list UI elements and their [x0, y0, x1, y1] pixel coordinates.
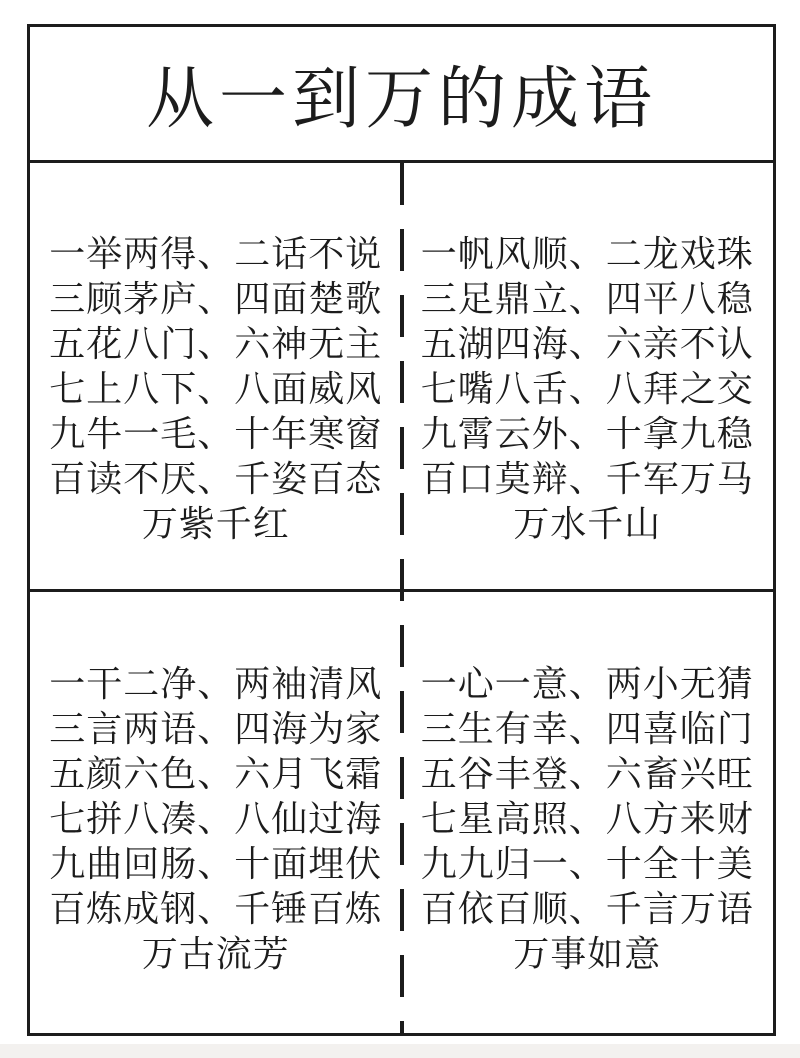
- idiom-line: 百口莫辩、千军万马: [421, 457, 754, 502]
- idiom-line: 一心一意、两小无猜: [421, 662, 754, 707]
- idiom-line: 五湖四海、六亲不认: [421, 322, 754, 367]
- idiom-line: 七星高照、八方来财: [421, 797, 754, 842]
- idiom-line: 三顾茅庐、四面楚歌: [49, 277, 382, 322]
- idiom-line: 一举两得、二话不说: [49, 232, 382, 277]
- title-section: 从一到万的成语: [30, 27, 773, 163]
- idiom-line: 九牛一毛、十年寒窗: [49, 412, 382, 457]
- idiom-line: 九霄云外、十拿九稳: [421, 412, 754, 457]
- idiom-line: 五颜六色、六月飞霜: [49, 752, 382, 797]
- idiom-line: 百读不厌、千姿百态: [49, 457, 382, 502]
- idiom-line: 万紫千红: [142, 502, 290, 547]
- idiom-line: 五花八门、六神无主: [49, 322, 382, 367]
- idiom-line: 百依百顺、千言万语: [421, 887, 754, 932]
- idiom-line: 九九归一、十全十美: [421, 842, 754, 887]
- idiom-line: 万古流芳: [142, 932, 290, 977]
- vertical-dashed-divider: [400, 163, 404, 1033]
- idiom-line: 五谷丰登、六畜兴旺: [421, 752, 754, 797]
- idiom-line: 三生有幸、四喜临门: [421, 707, 754, 752]
- idiom-line: 一干二净、两袖清风: [49, 662, 382, 707]
- image-bottom-edge: [0, 1044, 800, 1058]
- idiom-poster: 从一到万的成语 一举两得、二话不说 三顾茅庐、四面楚歌 五花八门、六神无主 七上…: [0, 0, 800, 1058]
- idiom-line: 百炼成钢、千锤百炼: [49, 887, 382, 932]
- idiom-line: 万事如意: [513, 932, 661, 977]
- idiom-line: 三言两语、四海为家: [49, 707, 382, 752]
- idiom-line: 万水千山: [513, 502, 661, 547]
- quadrant-top-left: 一举两得、二话不说 三顾茅庐、四面楚歌 五花八门、六神无主 七上八下、八面威风 …: [30, 163, 402, 589]
- idiom-line: 三足鼎立、四平八稳: [421, 277, 754, 322]
- quadrant-bottom-left: 一干二净、两袖清风 三言两语、四海为家 五颜六色、六月飞霜 七拼八凑、八仙过海 …: [30, 592, 402, 1033]
- idiom-line: 七拼八凑、八仙过海: [49, 797, 382, 842]
- page-frame: 从一到万的成语 一举两得、二话不说 三顾茅庐、四面楚歌 五花八门、六神无主 七上…: [27, 24, 776, 1036]
- idiom-line: 七上八下、八面威风: [49, 367, 382, 412]
- quadrant-bottom-right: 一心一意、两小无猜 三生有幸、四喜临门 五谷丰登、六畜兴旺 七星高照、八方来财 …: [402, 592, 774, 1033]
- page-title: 从一到万的成语: [146, 45, 657, 142]
- idiom-line: 七嘴八舌、八拜之交: [421, 367, 754, 412]
- idiom-grid: 一举两得、二话不说 三顾茅庐、四面楚歌 五花八门、六神无主 七上八下、八面威风 …: [30, 163, 773, 1033]
- quadrant-top-right: 一帆风顺、二龙戏珠 三足鼎立、四平八稳 五湖四海、六亲不认 七嘴八舌、八拜之交 …: [402, 163, 774, 589]
- idiom-line: 九曲回肠、十面埋伏: [49, 842, 382, 887]
- idiom-line: 一帆风顺、二龙戏珠: [421, 232, 754, 277]
